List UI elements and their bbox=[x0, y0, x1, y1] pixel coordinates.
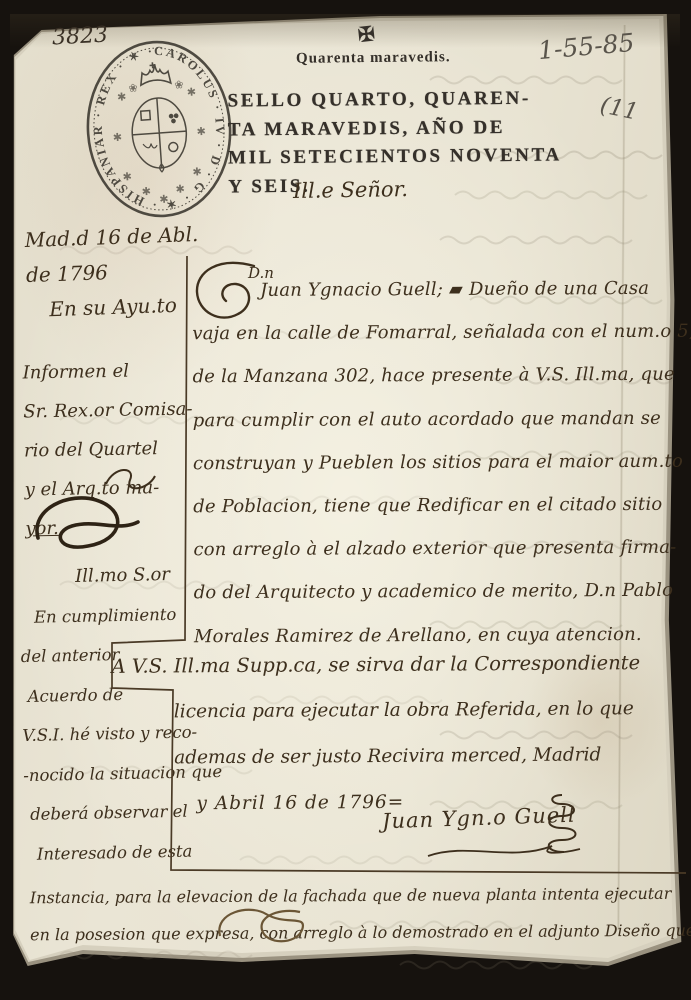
petition-line: ademas de ser justo Recivira merced, Mad… bbox=[112, 732, 641, 782]
petition-body: Juan Ygnacio Guell; ▰ Dueño de una Casa … bbox=[192, 267, 676, 658]
body-line: de Poblacion, tiene que Redificar en el … bbox=[193, 483, 675, 529]
docket-rubric-flourish bbox=[210, 900, 314, 946]
body-line: construyan y Pueblen los sitios para el … bbox=[193, 440, 675, 486]
docket-note: Instancia, para la elevacion de la facha… bbox=[30, 876, 680, 954]
body-line: vaja en la calle de Fomarral, señalada c… bbox=[192, 310, 674, 356]
docket-line: en la posesion que expresa, con arreglo … bbox=[30, 912, 680, 953]
body-line: Juan Ygnacio Guell; ▰ Dueño de una Casa bbox=[192, 267, 674, 313]
body-line: de la Manzana 302, hace presente à V.S. … bbox=[192, 353, 674, 399]
body-line: para cumplir con el auto acordado que ma… bbox=[193, 396, 675, 442]
manuscript-scan: 3823 ✠ 1-55-85 (11 Quarenta maravedis. C… bbox=[0, 0, 691, 1000]
body-line: do del Arquitecto y academico de merito,… bbox=[194, 569, 676, 615]
petition-line: licencia para ejecutar la obra Referida,… bbox=[112, 686, 641, 736]
signature-underline-swash bbox=[424, 838, 584, 864]
docket-line: Instancia, para la elevacion de la facha… bbox=[30, 876, 680, 917]
body-line: con arreglo à el alzado exterior que pre… bbox=[193, 526, 675, 572]
petition-line: A V.S. Ill.ma Supp.ca, se sirva dar la C… bbox=[111, 640, 640, 690]
